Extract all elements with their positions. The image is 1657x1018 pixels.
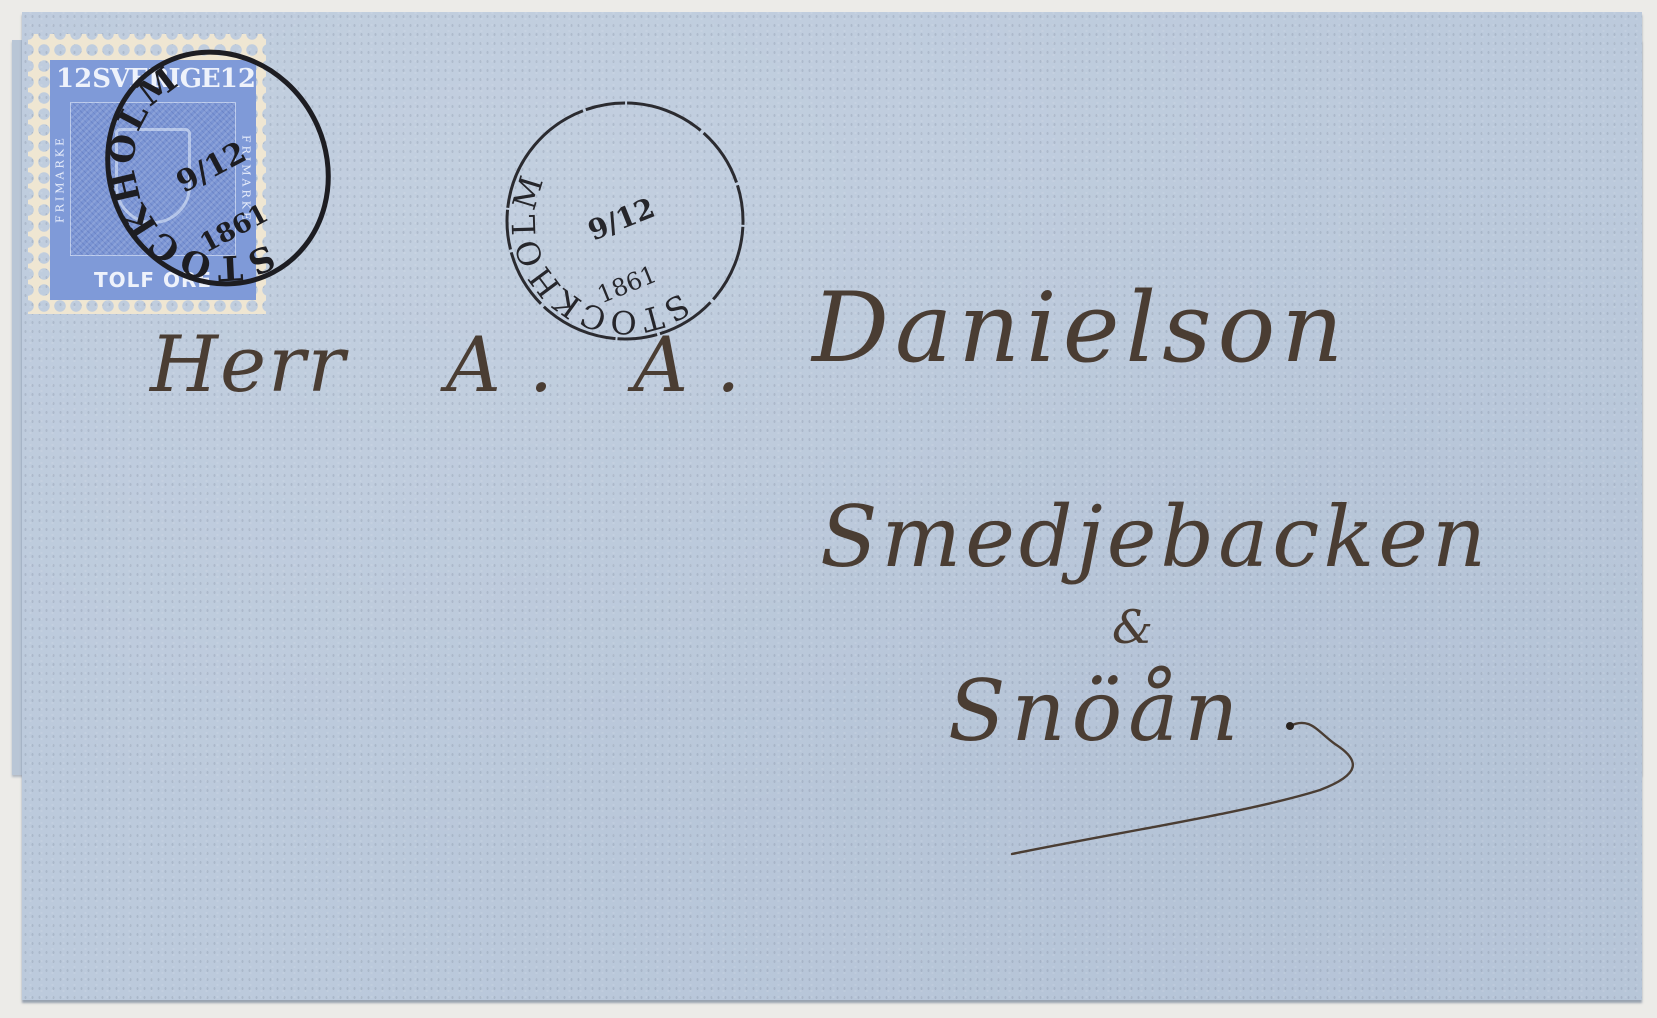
stamp-side-text-left: FRIMARKE xyxy=(52,100,68,258)
address-initials: A. A. xyxy=(446,320,768,409)
flourish-underline xyxy=(1000,712,1380,862)
address-place-line1: Smedjebacken xyxy=(820,488,1490,586)
svg-text:9/12: 9/12 xyxy=(583,191,659,247)
address-name: Danielson xyxy=(812,272,1349,384)
stamp-value-left: 12 xyxy=(56,64,92,94)
address-conjunction: & xyxy=(1112,600,1155,654)
postmark-on-cover: STOCKHOLM 9/12 1861 xyxy=(500,96,750,346)
svg-text:STOCKHOLM: STOCKHOLM xyxy=(500,158,704,346)
svg-text:9/12: 9/12 xyxy=(171,135,252,200)
postmark-on-stamp: STOCKHOLM 9/12 1861 xyxy=(88,48,348,288)
address-salutation: Herr xyxy=(150,320,347,410)
